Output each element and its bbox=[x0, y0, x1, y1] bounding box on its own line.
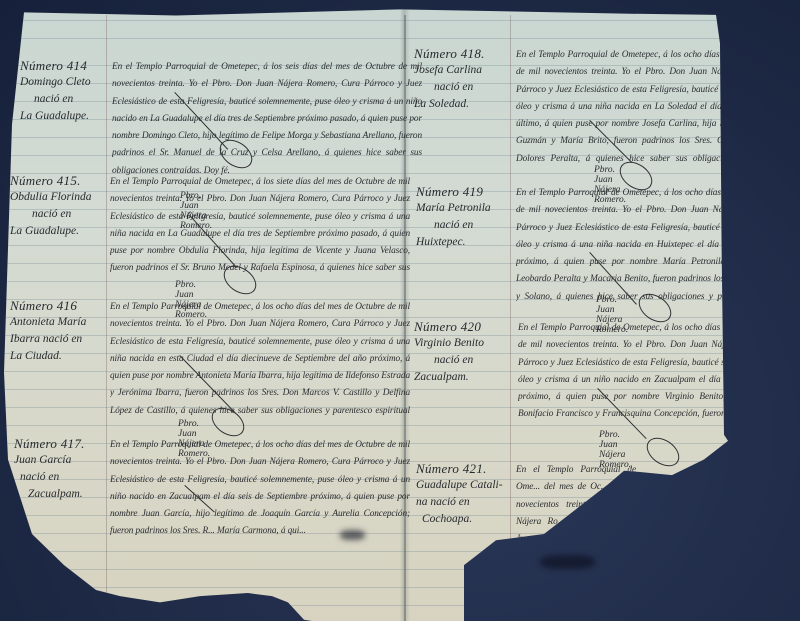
entry-number: Número 417. bbox=[14, 435, 102, 452]
register-book: 57 Número 414 Domingo Cleto nació en La … bbox=[0, 0, 800, 621]
entry-place: Cochoapa. bbox=[416, 511, 504, 528]
entry-text: En el Templo Parroquial de Ometepec, á l… bbox=[110, 174, 410, 280]
entry-number: Número 418. bbox=[414, 45, 502, 62]
paper-sheet: 57 Número 414 Domingo Cleto nació en La … bbox=[0, 0, 800, 621]
entry-child-name: María Petronila bbox=[416, 200, 504, 217]
tear-shadow bbox=[340, 530, 365, 540]
entry-child-name: Obdulia Florinda bbox=[10, 189, 98, 206]
entry-place: La Ciudad. bbox=[10, 348, 98, 365]
entry-child-name: Guadalupe Catali- bbox=[416, 477, 504, 494]
entry-label: Número 417. Juan García nació en Zacualp… bbox=[14, 435, 102, 503]
entry-number: Número 414 bbox=[20, 57, 108, 74]
entry-text: En el Templo Parroquial de Ometepec, á l… bbox=[110, 299, 410, 421]
entry-place: Zacualpam. bbox=[414, 369, 502, 386]
entry-place: Huixtepec. bbox=[416, 234, 504, 251]
page-number: 57 bbox=[755, 20, 780, 41]
entry-number: Número 420 bbox=[414, 318, 502, 335]
entry-born-label: na nació en bbox=[416, 494, 504, 511]
entry-born-label: nació en bbox=[20, 91, 108, 108]
entry-number: Número 421. bbox=[416, 460, 504, 477]
entry-number: Número 419 bbox=[416, 183, 504, 200]
entry-child-name: Domingo Cleto bbox=[20, 74, 108, 91]
entry-text: En el Templo Parroquial de Ometepec, á l… bbox=[112, 59, 422, 181]
right-page-margin-line bbox=[510, 15, 511, 621]
tear-shadow bbox=[540, 555, 595, 569]
entry-text: En el Templo Parroquial de Ometepec, á l… bbox=[110, 437, 410, 559]
entry-born-label: nació en bbox=[414, 352, 502, 369]
entry-child-name: Antonieta María bbox=[10, 314, 98, 331]
entry-born-label: Ibarra nació en bbox=[10, 331, 98, 348]
entry-text: En el Templo Parroquial de Ometepec, á l… bbox=[518, 320, 794, 426]
entry-place: La Soledad. bbox=[414, 96, 502, 113]
entry-label: Número 415. Obdulia Florinda nació en La… bbox=[10, 172, 98, 240]
entry-label: Número 421. Guadalupe Catali- na nació e… bbox=[416, 460, 504, 528]
entry-born-label: nació en bbox=[10, 206, 98, 223]
entry-label: Número 418. Josefa Carlina nació en La S… bbox=[414, 45, 502, 113]
entry-child-name: Josefa Carlina bbox=[414, 62, 502, 79]
entry-label: Número 414 Domingo Cleto nació en La Gua… bbox=[20, 57, 108, 125]
entry-number: Número 416 bbox=[10, 297, 98, 314]
entry-text: En el Templo Parroquial de Ometepec, á l… bbox=[516, 185, 796, 307]
entry-label: Número 419 María Petronila nació en Huix… bbox=[416, 183, 504, 251]
entry-born-label: nació en bbox=[14, 469, 102, 486]
entry-born-label: nació en bbox=[416, 217, 504, 234]
entry-label: Número 420 Virginio Benito nació en Zacu… bbox=[414, 318, 502, 386]
entry-child-name: Virginio Benito bbox=[414, 335, 502, 352]
entry-place: La Guadalupe. bbox=[10, 223, 98, 240]
entry-place: La Guadalupe. bbox=[20, 108, 108, 125]
entry-text: En el Templo Parroquial de Ometepec, á l… bbox=[516, 47, 794, 169]
entry-born-label: nació en bbox=[414, 79, 502, 96]
entry-child-name: Juan García bbox=[14, 452, 102, 469]
entry-number: Número 415. bbox=[10, 172, 98, 189]
entry-label: Número 416 Antonieta María Ibarra nació … bbox=[10, 297, 98, 365]
entry-place: Zacualpam. bbox=[14, 486, 102, 503]
